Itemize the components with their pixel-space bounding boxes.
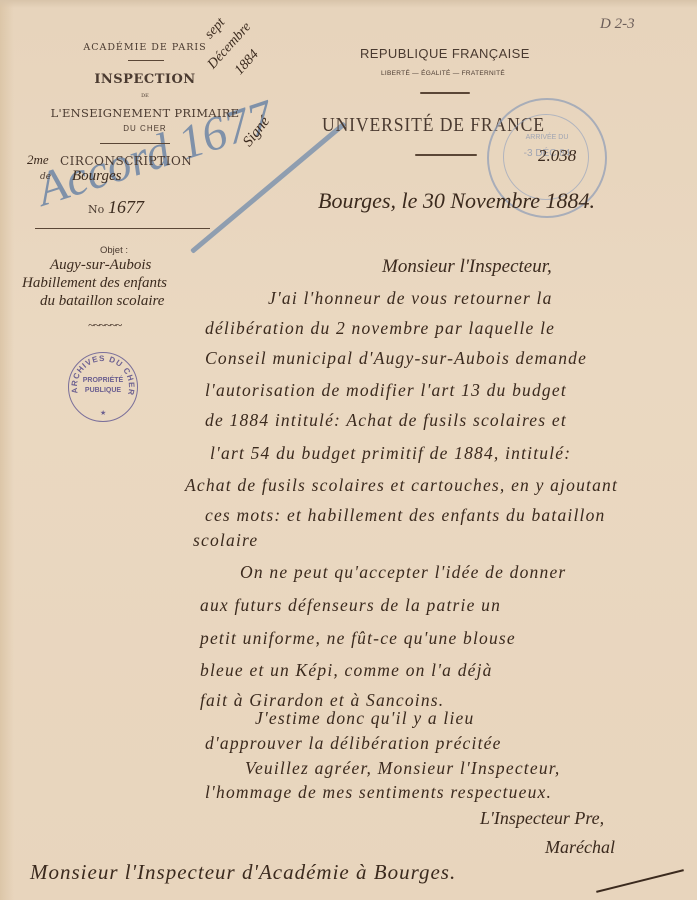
body-line: scolaire bbox=[193, 530, 258, 551]
circonscription-number: 2me bbox=[27, 152, 49, 168]
recipient-address: Monsieur l'Inspecteur d'Académie à Bourg… bbox=[30, 860, 456, 885]
body-line: aux futurs défenseurs de la patrie un bbox=[200, 595, 501, 616]
body-line: bleue et un Képi, comme on l'a déjà bbox=[200, 660, 493, 681]
number-label: No bbox=[88, 203, 104, 216]
circonscription-label: CIRCONSCRIPTION bbox=[60, 154, 192, 168]
circonscription-city: Bourges bbox=[72, 168, 121, 185]
ornament-divider bbox=[415, 154, 477, 156]
body-line: l'autorisation de modifier l'art 13 du b… bbox=[205, 380, 567, 401]
body-line: de 1884 intitulé: Achat de fusils scolai… bbox=[205, 410, 567, 431]
academie-heading: ACADÉMIE DE PARIS bbox=[60, 42, 230, 53]
body-line: ces mots: et habillement des enfants du … bbox=[205, 505, 606, 526]
letter-date: Bourges, le 30 Novembre 1884. bbox=[318, 188, 595, 214]
ornament-divider bbox=[420, 92, 470, 94]
circonscription-de: de bbox=[40, 172, 51, 182]
ornament-divider bbox=[128, 60, 164, 61]
inspection-heading: INSPECTION bbox=[60, 72, 230, 87]
paper-edge-shadow bbox=[0, 0, 14, 900]
stamp-text: PUBLIQUE bbox=[69, 387, 137, 394]
ornament-divider bbox=[100, 143, 170, 144]
body-line: l'art 54 du budget primitif de 1884, int… bbox=[210, 443, 571, 464]
stamp-text: PROPRIÉTÉ bbox=[69, 377, 137, 384]
signature-flourish bbox=[596, 869, 684, 893]
archives-du-cher-stamp: ARCHIVES DU CHER ★ PROPRIÉTÉ PUBLIQUE bbox=[68, 352, 138, 422]
departement-label: DU CHER bbox=[60, 124, 230, 133]
salutation: Monsieur l'Inspecteur, bbox=[382, 256, 552, 278]
body-line: J'estime donc qu'il y a lieu bbox=[255, 708, 474, 729]
objet-line: Habillement des enfants bbox=[22, 275, 167, 292]
annotation-year: 1884 bbox=[232, 47, 263, 79]
letter-page: Accord 1677 ACADÉMIE DE PARIS INSPECTION… bbox=[0, 0, 697, 900]
body-line: Veuillez agréer, Monsieur l'Inspecteur, bbox=[245, 758, 560, 779]
stamp-text: ARRIVÉE DU bbox=[489, 134, 605, 141]
objet-label: Objet : bbox=[100, 245, 128, 256]
objet-line: Augy-sur-Aubois bbox=[50, 257, 151, 274]
signature-title: L'Inspecteur Pre, bbox=[480, 808, 604, 829]
de-label: DE bbox=[60, 93, 230, 99]
signature-name: Maréchal bbox=[545, 837, 615, 858]
paper-edge-shadow-top bbox=[0, 0, 697, 8]
enseignement-heading: L'ENSEIGNEMENT PRIMAIRE bbox=[38, 106, 252, 120]
devise-text: LIBERTÉ — ÉGALITÉ — FRATERNITÉ bbox=[381, 70, 505, 77]
body-line: l'hommage de mes sentiments respectueux. bbox=[205, 782, 552, 803]
body-line: petit uniforme, ne fût-ce qu'une blouse bbox=[200, 628, 516, 649]
objet-line: du bataillon scolaire bbox=[40, 293, 164, 310]
republique-heading: REPUBLIQUE FRANÇAISE bbox=[360, 46, 530, 61]
number-value: 1677 bbox=[108, 197, 144, 218]
received-number: 2.038 bbox=[538, 146, 576, 166]
objet-squiggle: ~~~~~~ bbox=[88, 318, 121, 333]
reference-code: D 2-3 bbox=[600, 16, 635, 33]
body-line: J'ai l'honneur de vous retourner la bbox=[268, 288, 553, 309]
body-line: délibération du 2 novembre par laquelle … bbox=[205, 318, 555, 339]
body-line: On ne peut qu'accepter l'idée de donner bbox=[240, 562, 566, 583]
body-line: Conseil municipal d'Augy-sur-Aubois dema… bbox=[205, 348, 587, 369]
body-line: Achat de fusils scolaires et cartouches,… bbox=[185, 475, 618, 496]
star-icon: ★ bbox=[100, 409, 106, 417]
body-line: d'approuver la délibération précitée bbox=[205, 733, 502, 754]
ornament-divider bbox=[35, 228, 210, 229]
